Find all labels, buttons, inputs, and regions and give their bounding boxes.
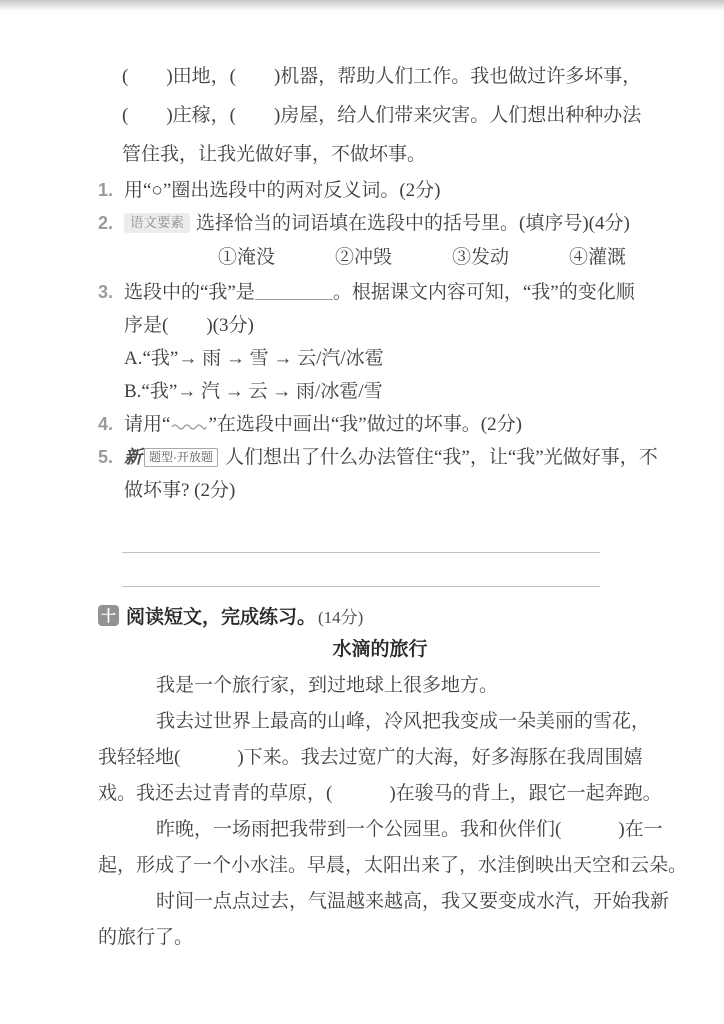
section-title: 阅读短文，完成练习。 [126, 602, 316, 629]
question-4: 4. 请用“”在选段中画出“我”做过的坏事。(2分) [98, 408, 662, 441]
passage-line: 起，形成了一个小水洼。早晨，太阳出来了，水洼倒映出天空和云朵。 [98, 848, 662, 884]
answer-line [122, 553, 600, 587]
choice-b: B.“我”→ 汽 → 云 → 雨/冰雹/雪 [124, 375, 662, 408]
choice-a: A.“我”→ 雨 → 雪 → 云/汽/冰雹 [124, 342, 662, 375]
answer-line [122, 519, 600, 553]
reading-paragraph-2: 我去过世界上最高的山峰，冷风把我变成一朵美丽的雪花， 我轻轻地( )下来。我去过… [98, 704, 662, 812]
passage-line: 时间一点点过去，气温越来越高，我又要变成水汽，开始我新 [98, 884, 662, 920]
question-text: 人们想出了什么办法管住“我”，让“我”光做好事，不 [225, 447, 658, 468]
page-top-shadow [0, 0, 724, 11]
passage-line: 昨晚，一场雨把我带到一个公园里。我和伙伴们( )在一 [98, 812, 662, 848]
question-text: 用“○”圈出选段中的两对反义词。(2分) [124, 174, 662, 207]
excerpt-line: 管住我，让我光做好事，不做坏事。 [122, 135, 662, 174]
question-text-line: 请用“”在选段中画出“我”做过的坏事。(2分) [124, 408, 662, 441]
question-text-line: 语文要素选择恰当的词语填在选段中的括号里。(填序号)(4分) [124, 207, 686, 240]
passage-line: 我是一个旅行家，到过地球上很多地方。 [98, 668, 662, 704]
question-number: 4. [98, 408, 124, 441]
word-options-row: ①淹没②冲毁③发动④灌溉 [124, 240, 686, 276]
excerpt-line: ( )庄稼，( )房屋，给人们带来灾害。人们想出种种办法 [122, 96, 662, 135]
passage-line: 的旅行了。 [98, 920, 662, 956]
question-text-line: 做坏事? (2分) [124, 474, 662, 507]
question-text: 选择恰当的词语填在选段中的括号里。(填序号)(4分) [196, 213, 630, 234]
question-1: 1. 用“○”圈出选段中的两对反义词。(2分) [98, 174, 662, 207]
reading-paragraph-3: 昨晚，一场雨把我带到一个公园里。我和伙伴们( )在一 起，形成了一个小水洼。早晨… [98, 812, 662, 884]
question-text-line: 新题型·开放题人们想出了什么办法管住“我”，让“我”光做好事，不 [124, 441, 662, 474]
section-header: 十 阅读短文，完成练习。 (14分) [98, 598, 662, 632]
section-number-icon: 十 [98, 605, 119, 626]
question-2: 2. 语文要素选择恰当的词语填在选段中的括号里。(填序号)(4分) ①淹没②冲毁… [98, 207, 662, 276]
question-number: 3. [98, 276, 124, 408]
fill-in-blank-line [255, 286, 333, 300]
wavy-underline-icon [171, 421, 207, 431]
word-option-2: ②冲毁 [335, 247, 392, 268]
open-question-type-badge: 题型·开放题 [144, 448, 218, 467]
question-number: 1. [98, 174, 124, 207]
worksheet-page: ( )田地，( )机器，帮助人们工作。我也做过许多坏事， ( )庄稼，( )房屋… [0, 11, 724, 956]
question-number: 2. [98, 207, 124, 276]
reading-paragraph-1: 我是一个旅行家，到过地球上很多地方。 [98, 668, 662, 704]
question-text-line: 序是( )(3分) [124, 309, 662, 342]
question-text-line: 选段中的“我”是。根据课文内容可知，“我”的变化顺 [124, 276, 662, 309]
reading-paragraph-4: 时间一点点过去，气温越来越高，我又要变成水汽，开始我新 的旅行了。 [98, 884, 662, 956]
passage-excerpt: ( )田地，( )机器，帮助人们工作。我也做过许多坏事， ( )庄稼，( )房屋… [122, 57, 662, 174]
answer-area [122, 519, 662, 587]
passage-line: 戏。我还去过青青的草原，( )在骏马的背上，跟它一起奔跑。 [98, 776, 662, 812]
question-text-after-blank: 。根据课文内容可知，“我”的变化顺 [333, 282, 635, 303]
reading-passage-title: 水滴的旅行 [98, 632, 662, 668]
passage-line: 我轻轻地( )下来。我去过宽广的大海，好多海豚在我周围嬉 [98, 740, 662, 776]
excerpt-line: ( )田地，( )机器，帮助人们工作。我也做过许多坏事， [122, 57, 662, 96]
word-option-3: ③发动 [452, 247, 509, 268]
chinese-element-badge: 语文要素 [124, 213, 190, 233]
section-score: (14分) [318, 603, 363, 628]
word-option-1: ①淹没 [218, 247, 275, 268]
new-badge: 新 [124, 441, 142, 474]
question-text-after-wave: ”在选段中画出“我”做过的坏事。(2分) [208, 414, 521, 435]
question-text-before-wave: 请用“ [124, 414, 170, 435]
question-3: 3. 选段中的“我”是。根据课文内容可知，“我”的变化顺 序是( )(3分) A… [98, 276, 662, 408]
question-5: 5. 新题型·开放题人们想出了什么办法管住“我”，让“我”光做好事，不 做坏事?… [98, 441, 662, 507]
passage-line: 我去过世界上最高的山峰，冷风把我变成一朵美丽的雪花， [98, 704, 662, 740]
question-number: 5. [98, 441, 124, 507]
question-text-before-blank: 选段中的“我”是 [124, 282, 255, 303]
word-option-4: ④灌溉 [569, 247, 626, 268]
